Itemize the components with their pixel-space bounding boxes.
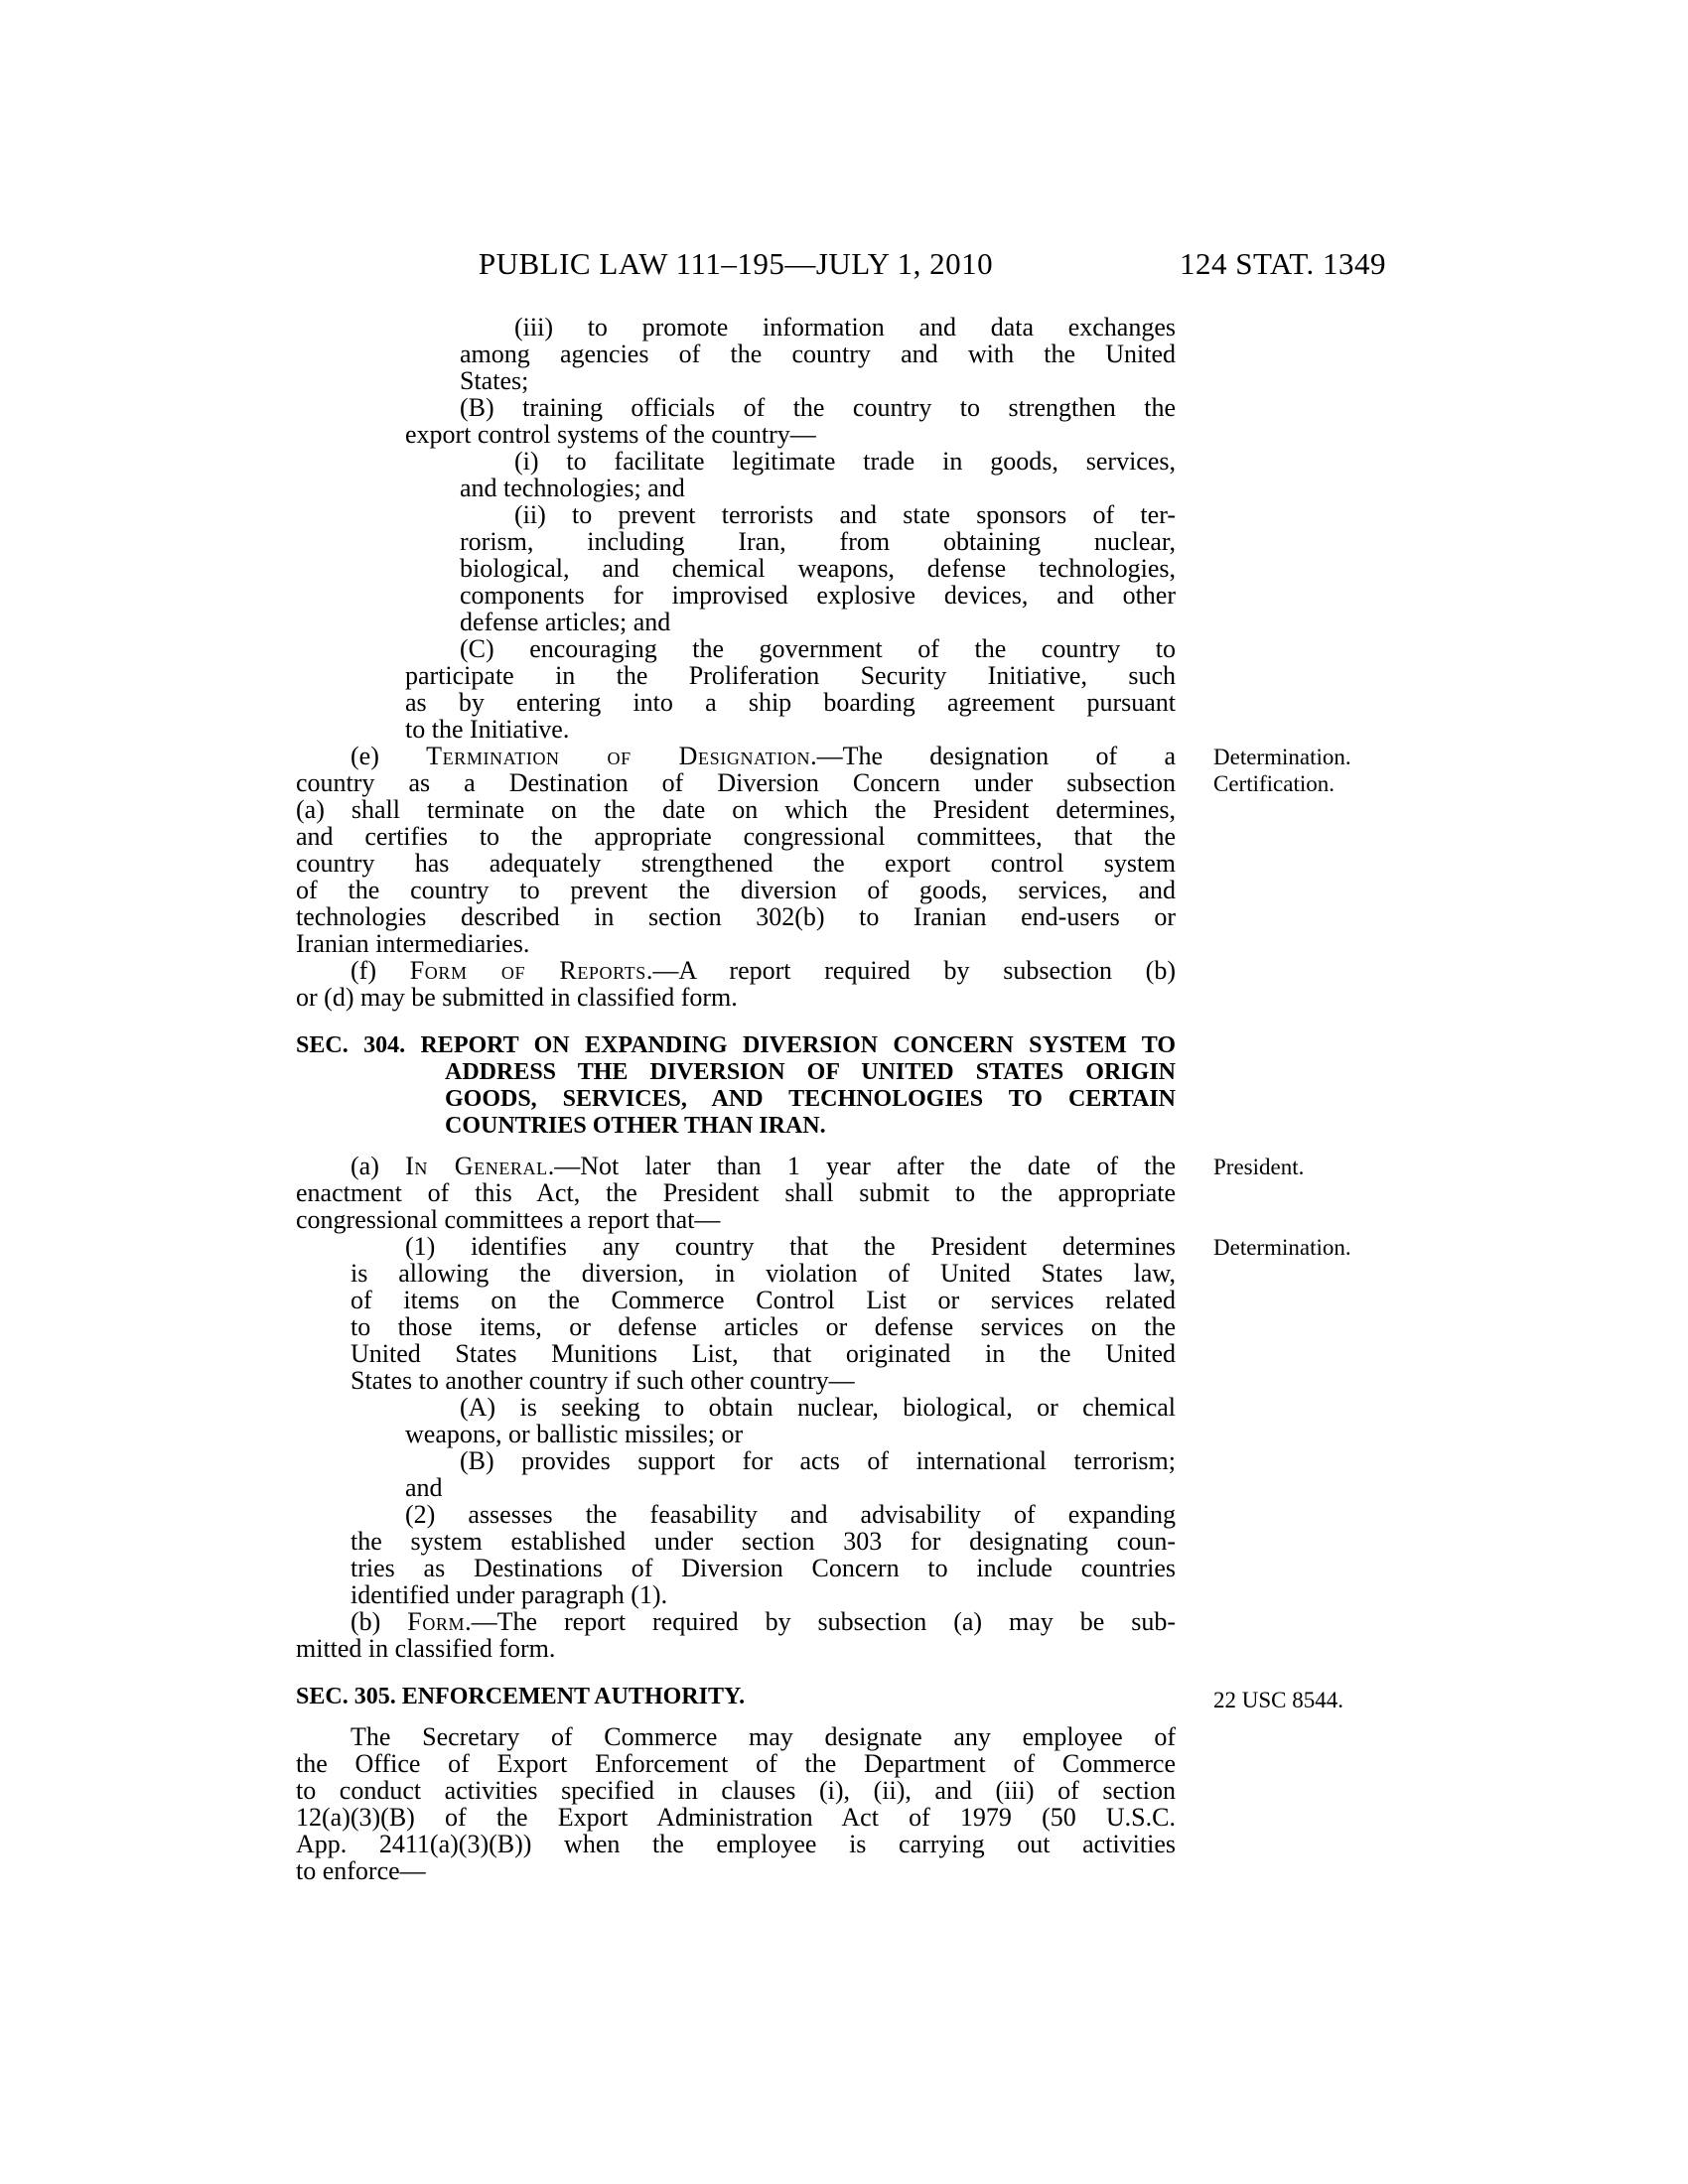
margin-note-line: President. xyxy=(1213,1154,1452,1180)
text-line: export control systems of the country— xyxy=(296,421,1176,448)
margin-note-line: Determination. xyxy=(1213,744,1452,770)
text-line: Iranian intermediaries. xyxy=(296,930,1176,957)
statute-page: PUBLIC LAW 111–195—JULY 1, 2010 124 STAT… xyxy=(0,0,1688,2184)
text-line: 12(a)(3)(B) of the Export Administration… xyxy=(296,1804,1176,1831)
text-line: States to another country if such other … xyxy=(296,1367,1176,1394)
text-line: States; xyxy=(296,367,1176,394)
text-line: (f) Form of Reports.—A report required b… xyxy=(296,957,1176,984)
text-line: the system established under section 303… xyxy=(296,1528,1176,1555)
statute-paragraph: (A) is seeking to obtain nuclear, biolog… xyxy=(296,1394,1176,1447)
margin-note: President. xyxy=(1213,1154,1452,1180)
text-line: and certifies to the appropriate congres… xyxy=(296,823,1176,850)
text-line: to conduct activities specified in claus… xyxy=(296,1777,1176,1804)
text-line: components for improvised explosive devi… xyxy=(296,582,1176,609)
text-line: and xyxy=(296,1474,1176,1501)
text-line: (e) Termination of Designation.—The desi… xyxy=(296,743,1176,769)
statute-paragraph: (1) identifies any country that the Pres… xyxy=(296,1233,1176,1394)
margin-note: Determination.Certification. xyxy=(1213,744,1452,797)
text-line: congressional committees a report that— xyxy=(296,1206,1176,1233)
text-line: the Office of Export Enforcement of the … xyxy=(296,1750,1176,1777)
text-line: (B) provides support for acts of interna… xyxy=(296,1447,1176,1474)
text-line: (2) assesses the feasability and advisab… xyxy=(296,1501,1176,1528)
text-line: SEC. 305. ENFORCEMENT AUTHORITY. xyxy=(296,1684,1176,1710)
text-line: participate in the Proliferation Securit… xyxy=(296,662,1176,689)
text-line: The Secretary of Commerce may designate … xyxy=(296,1723,1176,1750)
text-line: (B) training officials of the country to… xyxy=(296,394,1176,421)
text-line: (i) to facilitate legitimate trade in go… xyxy=(296,448,1176,475)
statute-paragraph: (f) Form of Reports.—A report required b… xyxy=(296,957,1176,1011)
page-header-title: PUBLIC LAW 111–195—JULY 1, 2010 xyxy=(296,246,1176,282)
statute-paragraph: (B) training officials of the country to… xyxy=(296,394,1176,448)
text-line: biological, and chemical weapons, defens… xyxy=(296,555,1176,582)
text-line: among agencies of the country and with t… xyxy=(296,341,1176,367)
text-line: is allowing the diversion, in violation … xyxy=(296,1260,1176,1287)
text-line: rorism, including Iran, from obtaining n… xyxy=(296,528,1176,555)
statute-paragraph: (a) In General.—Not later than 1 year af… xyxy=(296,1153,1176,1233)
statute-paragraph: The Secretary of Commerce may designate … xyxy=(296,1723,1176,1884)
margin-note: Determination. xyxy=(1213,1234,1452,1261)
text-line: (ii) to prevent terrorists and state spo… xyxy=(296,501,1176,528)
statute-paragraph: (2) assesses the feasability and advisab… xyxy=(296,1501,1176,1608)
text-line: of items on the Commerce Control List or… xyxy=(296,1287,1176,1313)
statute-paragraph: (b) Form.—The report required by subsect… xyxy=(296,1608,1176,1662)
text-line: App. 2411(a)(3)(B)) when the employee is… xyxy=(296,1831,1176,1857)
text-line: identified under paragraph (1). xyxy=(296,1581,1176,1608)
text-line: (b) Form.—The report required by subsect… xyxy=(296,1608,1176,1635)
text-line: to those items, or defense articles or d… xyxy=(296,1313,1176,1340)
margin-note-line: Determination. xyxy=(1213,1234,1452,1261)
text-line: SEC. 304. REPORT ON EXPANDING DIVERSION … xyxy=(296,1032,1176,1059)
text-line: of the country to prevent the diversion … xyxy=(296,877,1176,903)
page-header-stat-number: 124 STAT. 1349 xyxy=(1122,246,1386,282)
section-heading: SEC. 305. ENFORCEMENT AUTHORITY.22 USC 8… xyxy=(296,1684,1176,1710)
statute-paragraph: (ii) to prevent terrorists and state spo… xyxy=(296,501,1176,635)
text-line: mitted in classified form. xyxy=(296,1635,1176,1662)
text-line: defense articles; and xyxy=(296,609,1176,635)
text-line: United States Munitions List, that origi… xyxy=(296,1340,1176,1367)
text-line: ADDRESS THE DIVERSION OF UNITED STATES O… xyxy=(296,1059,1176,1086)
text-line: (1) identifies any country that the Pres… xyxy=(296,1233,1176,1260)
text-line: and technologies; and xyxy=(296,475,1176,501)
text-line: to the Initiative. xyxy=(296,716,1176,743)
text-line: GOODS, SERVICES, AND TECHNOLOGIES TO CER… xyxy=(296,1086,1176,1113)
text-line: tries as Destinations of Diversion Conce… xyxy=(296,1555,1176,1581)
statute-paragraph: (iii) to promote information and data ex… xyxy=(296,314,1176,394)
margin-note-line: Certification. xyxy=(1213,770,1452,797)
text-line: country as a Destination of Diversion Co… xyxy=(296,769,1176,796)
text-line: enactment of this Act, the President sha… xyxy=(296,1179,1176,1206)
statute-paragraph: (i) to facilitate legitimate trade in go… xyxy=(296,448,1176,501)
margin-note: 22 USC 8544. xyxy=(1213,1687,1452,1713)
text-line: technologies described in section 302(b)… xyxy=(296,903,1176,930)
statute-paragraph: (B) provides support for acts of interna… xyxy=(296,1447,1176,1501)
text-line: to enforce— xyxy=(296,1857,1176,1884)
text-line: or (d) may be submitted in classified fo… xyxy=(296,984,1176,1011)
text-line: (A) is seeking to obtain nuclear, biolog… xyxy=(296,1394,1176,1421)
statute-paragraph: (C) encouraging the government of the co… xyxy=(296,635,1176,743)
text-line: (iii) to promote information and data ex… xyxy=(296,314,1176,341)
statute-body: (iii) to promote information and data ex… xyxy=(296,314,1176,1884)
margin-note-line: 22 USC 8544. xyxy=(1213,1687,1452,1713)
statute-paragraph: (e) Termination of Designation.—The desi… xyxy=(296,743,1176,957)
text-line: COUNTRIES OTHER THAN IRAN. xyxy=(296,1113,1176,1140)
text-line: as by entering into a ship boarding agre… xyxy=(296,689,1176,716)
text-line: weapons, or ballistic missiles; or xyxy=(296,1421,1176,1447)
section-heading: SEC. 304. REPORT ON EXPANDING DIVERSION … xyxy=(296,1032,1176,1140)
text-line: (a) In General.—Not later than 1 year af… xyxy=(296,1153,1176,1179)
text-line: (a) shall terminate on the date on which… xyxy=(296,796,1176,823)
text-line: (C) encouraging the government of the co… xyxy=(296,635,1176,662)
text-line: country has adequately strengthened the … xyxy=(296,850,1176,877)
